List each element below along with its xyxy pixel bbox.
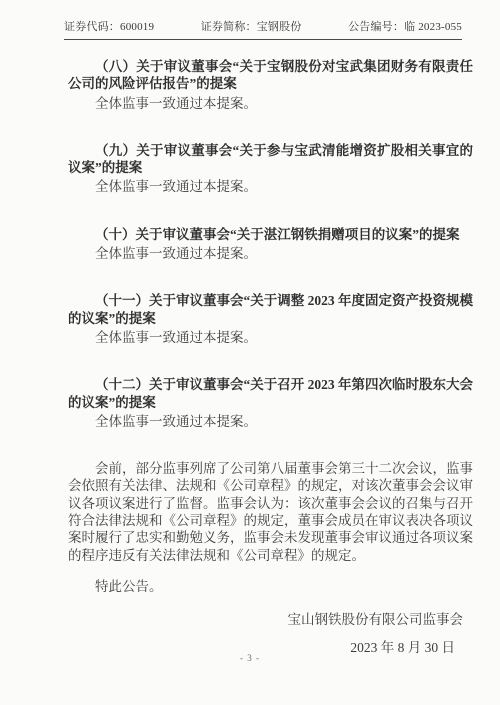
- section-item-8: （八）关于审议董事会“关于宝钢股份对宝武集团财务有限责任公司的风险评估报告”的提…: [68, 58, 473, 112]
- stock-code-value: 600019: [120, 21, 154, 33]
- stock-code-label: 证券代码：: [64, 21, 120, 33]
- section-heading: （十一）关于审议董事会“关于调整 2023 年度固定资产投资规模的议案”的提案: [68, 292, 473, 327]
- section-heading: （八）关于审议董事会“关于宝钢股份对宝武集团财务有限责任公司的风险评估报告”的提…: [68, 58, 473, 93]
- summary-paragraph: 会前，部分监事列席了公司第八届董事会第三十二次会议，监事会依照有关法律、法规和《…: [68, 460, 473, 564]
- section-item-11: （十一）关于审议董事会“关于调整 2023 年度固定资产投资规模的议案”的提案 …: [68, 292, 473, 346]
- section-item-12: （十二）关于审议董事会“关于召开 2023 年第四次临时股东大会的议案”的提案 …: [68, 376, 473, 430]
- stock-abbr-value: 宝钢股份: [257, 21, 302, 33]
- stock-code: 证券代码：600019: [64, 18, 154, 34]
- stock-abbr-label: 证券简称：: [201, 21, 257, 33]
- resolution-line: 全体监事一致通过本提案。: [68, 245, 473, 262]
- resolution-line: 全体监事一致通过本提案。: [68, 329, 473, 346]
- section-heading: （九）关于审议董事会“关于参与宝武清能增资扩股相关事宜的议案”的提案: [68, 142, 473, 177]
- announcement-number-label: 公告编号：: [348, 21, 404, 33]
- announcement-number-value: 临 2023-055: [404, 21, 462, 33]
- closing-line: 特此公告。: [68, 578, 473, 595]
- section-heading: （十）关于审议董事会“关于湛江钢铁捐赠项目的议案”的提案: [68, 226, 473, 243]
- announcement-number: 公告编号：临 2023-055: [348, 18, 462, 34]
- document-body: （八）关于审议董事会“关于宝钢股份对宝武集团财务有限责任公司的风险评估报告”的提…: [68, 58, 473, 656]
- page-number: - 3 -: [0, 653, 500, 663]
- resolution-line: 全体监事一致通过本提案。: [68, 95, 473, 112]
- resolution-line: 全体监事一致通过本提案。: [68, 178, 473, 195]
- signature-line: 宝山钢铁股份有限公司监事会: [68, 611, 473, 628]
- announcement-page: 证券代码：600019 证券简称：宝钢股份 公告编号：临 2023-055 （八…: [0, 0, 500, 705]
- document-header: 证券代码：600019 证券简称：宝钢股份 公告编号：临 2023-055: [64, 18, 462, 40]
- section-item-9: （九）关于审议董事会“关于参与宝武清能增资扩股相关事宜的议案”的提案 全体监事一…: [68, 142, 473, 196]
- section-item-10: （十）关于审议董事会“关于湛江钢铁捐赠项目的议案”的提案 全体监事一致通过本提案…: [68, 226, 473, 263]
- resolution-line: 全体监事一致通过本提案。: [68, 413, 473, 430]
- section-heading: （十二）关于审议董事会“关于召开 2023 年第四次临时股东大会的议案”的提案: [68, 376, 473, 411]
- stock-abbr: 证券简称：宝钢股份: [201, 18, 302, 34]
